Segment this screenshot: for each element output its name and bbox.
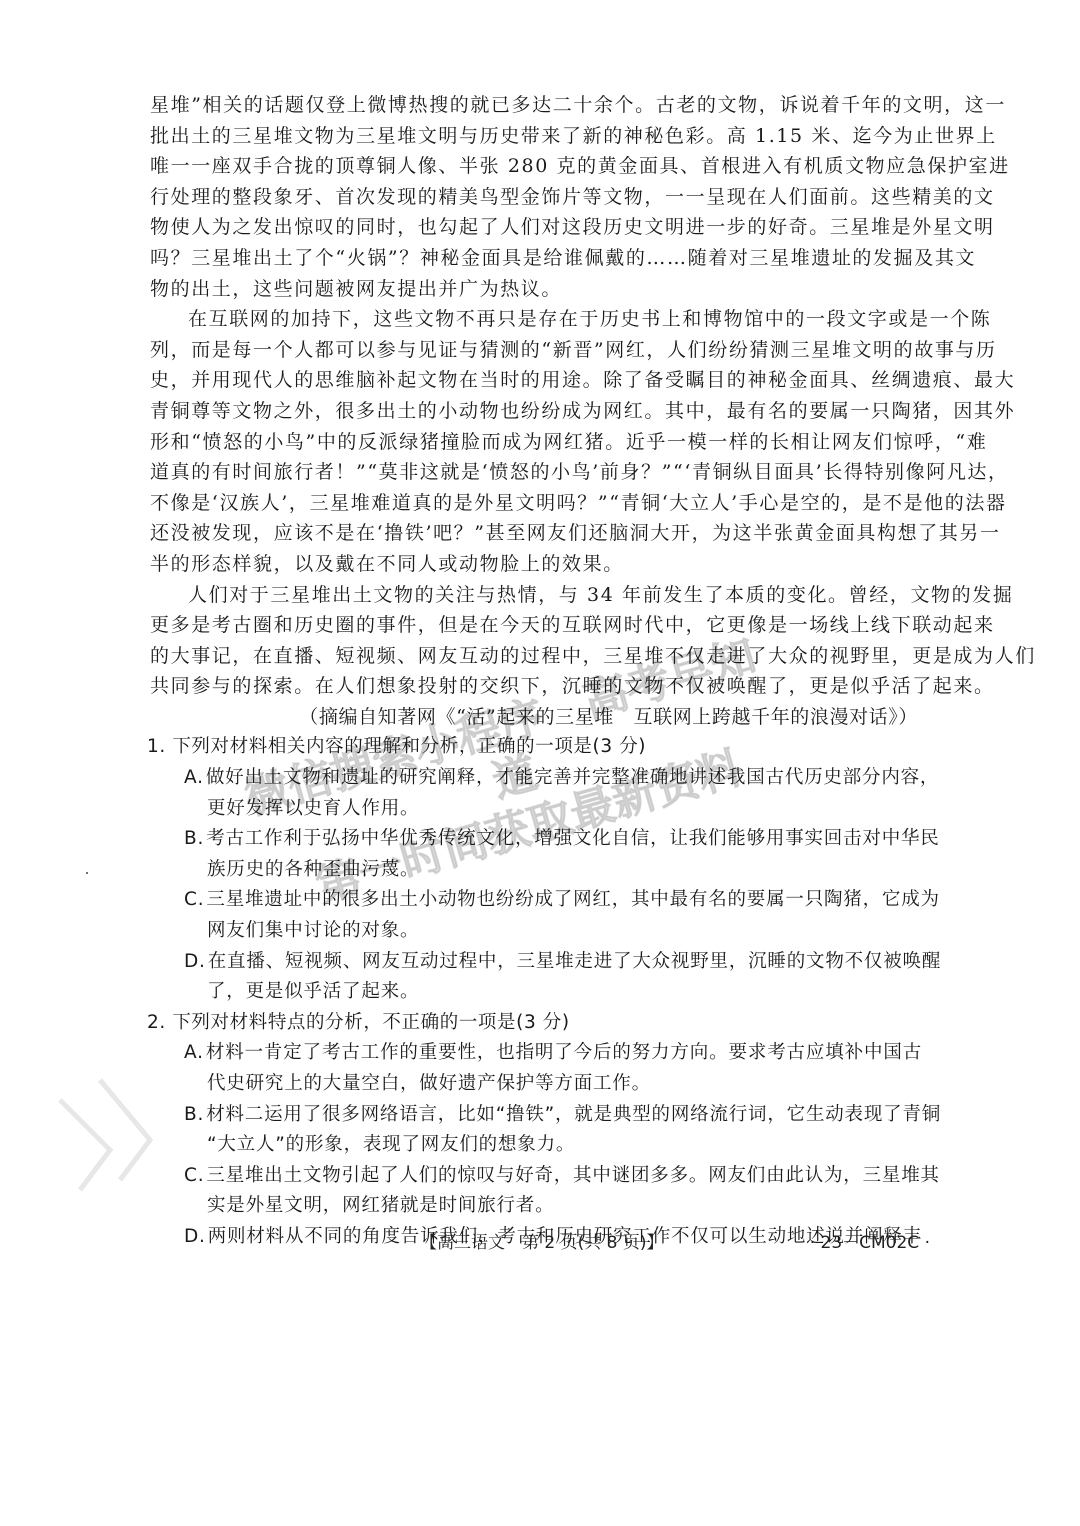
question-stem: 1. 下列对材料相关内容的理解和分析，正确的一项是(3 分) bbox=[147, 732, 922, 763]
text-line: 唯一一座双手合拢的顶尊铜人像、半张 280 克的黄金面具、首根进入有机质文物应急… bbox=[150, 151, 922, 182]
exam-page: 星堆”相关的话题仅登上微博热搜的就已多达二十余个。古老的文物，诉说着千年的文明，… bbox=[150, 90, 922, 1253]
option-b: B.材料二运用了很多网络语言，比如“撸铁”，就是典型的网络流行词，它生动表现了青… bbox=[150, 1100, 922, 1161]
text-line: 星堆”相关的话题仅登上微博热搜的就已多达二十余个。古老的文物，诉说着千年的文明，… bbox=[150, 90, 922, 121]
option-b: B.考古工作利于弘扬中华优秀传统文化，增强文化自信，让我们能够用事实回击对中华民… bbox=[150, 824, 922, 885]
text-line: 的大事记，在直播、短视频、网友互动的过程中，三星堆不仅走进了大众的视野里，更是成… bbox=[150, 641, 922, 672]
question-stem: 2. 下列对材料特点的分析，不正确的一项是(3 分) bbox=[147, 1008, 922, 1039]
exam-code: · 23－CM02C · bbox=[810, 1228, 930, 1253]
source-citation: （摘编自知著网《“活”起来的三星堆 互联网上跨越千年的浪漫对话》） bbox=[150, 702, 922, 733]
option-text: 三星堆遗址中的很多出土小动物也纷纷成了网红，其中最有名的要属一只陶猪，它成为 bbox=[206, 889, 939, 910]
text-line: 在互联网的加持下，这些文物不再只是存在于历史书上和博物馆中的一段文字或是一个陈 bbox=[150, 304, 922, 335]
text-line: 物的出土，这些问题被网友提出并广为热议。 bbox=[150, 274, 922, 305]
text-line: 道真的有时间旅行者！”“莫非这就是‘愤怒的小鸟’前身？”“‘青铜纵目面具’长得特… bbox=[150, 457, 922, 488]
option-line: D.在直播、短视频、网友互动过程中，三星堆走进了大众视野里，沉睡的文物不仅被唤醒 bbox=[150, 947, 922, 978]
passage: 星堆”相关的话题仅登上微博热搜的就已多达二十余个。古老的文物，诉说着千年的文明，… bbox=[150, 90, 922, 732]
option-c: C.三星堆出土文物引起了人们的惊叹与好奇，其中谜团多多。网友们由此认为，三星堆其… bbox=[150, 1161, 922, 1222]
option-line: 实是外星文明，网红猪就是时间旅行者。 bbox=[150, 1191, 922, 1222]
text-line: 共同参与的探索。在人们想象投射的交织下，沉睡的文物不仅被唤醒了，更是似乎活了起来… bbox=[150, 671, 922, 702]
option-tag: D. bbox=[184, 1226, 206, 1247]
option-text: 考古工作利于弘扬中华优秀传统文化，增强文化自信，让我们能够用事实回击对中华民 bbox=[206, 828, 939, 849]
question-2: 2. 下列对材料特点的分析，不正确的一项是(3 分) A.材料一肯定了考古工作的… bbox=[150, 1008, 922, 1253]
option-line: 了，更是似乎活了起来。 bbox=[150, 977, 922, 1008]
stray-dot bbox=[86, 872, 88, 874]
text-line: 列，而是每一个人都可以参与见证与猜测的“新晋”网红，人们纷纷猜测三星堆文明的故事… bbox=[150, 335, 922, 366]
option-c: C.三星堆遗址中的很多出土小动物也纷纷成了网红，其中最有名的要属一只陶猪，它成为… bbox=[150, 885, 922, 946]
question-1: 1. 下列对材料相关内容的理解和分析，正确的一项是(3 分) A.做好出土文物和… bbox=[150, 732, 922, 1007]
text-line: 形和“愤怒的小鸟”中的反派绿猪撞脸而成为网红猪。近乎一模一样的长相让网友们惊呼，… bbox=[150, 427, 922, 458]
option-line: 更好发挥以史育人作用。 bbox=[150, 794, 922, 825]
option-line: 网友们集中讨论的对象。 bbox=[150, 916, 922, 947]
option-line: B.材料二运用了很多网络语言，比如“撸铁”，就是典型的网络流行词，它生动表现了青… bbox=[150, 1100, 922, 1131]
option-text: 做好出土文物和遗址的研究阐释，才能完善并完整准确地讲述我国古代历史部分内容， bbox=[206, 767, 939, 788]
option-line: 代史研究上的大量空白，做好遗产保护等方面工作。 bbox=[150, 1069, 922, 1100]
option-line: 族历史的各种歪曲污蔑。 bbox=[150, 855, 922, 886]
option-tag: D. bbox=[184, 951, 206, 972]
option-text: 材料二运用了很多网络语言，比如“撸铁”，就是典型的网络流行词，它生动表现了青铜 bbox=[206, 1104, 941, 1125]
page-footer: 【高三语文 第 2 页(共 8 页)】 · 23－CM02C · bbox=[420, 1228, 930, 1253]
text-line: 半的形态样貌，以及戴在不同人或动物脸上的效果。 bbox=[150, 549, 922, 580]
questions: 1. 下列对材料相关内容的理解和分析，正确的一项是(3 分) A.做好出土文物和… bbox=[150, 732, 922, 1252]
paragraph-1: 星堆”相关的话题仅登上微博热搜的就已多达二十余个。古老的文物，诉说着千年的文明，… bbox=[150, 90, 922, 304]
text-line: 人们对于三星堆出土文物的关注与热情，与 34 年前发生了本质的变化。曾经，文物的… bbox=[150, 580, 922, 611]
text-line: 不像是‘汉族人’，三星堆难道真的是外星文明吗？”“青铜‘大立人’手心是空的，是不… bbox=[150, 488, 922, 519]
option-text: 三星堆出土文物引起了人们的惊叹与好奇，其中谜团多多。网友们由此认为，三星堆其 bbox=[206, 1165, 939, 1186]
text-line: 批出土的三星堆文物为三星堆文明与历史带来了新的神秘色彩。高 1.15 米、迄今为… bbox=[150, 121, 922, 152]
option-d: D.在直播、短视频、网友互动过程中，三星堆走进了大众视野里，沉睡的文物不仅被唤醒… bbox=[150, 947, 922, 1008]
option-line: B.考古工作利于弘扬中华优秀传统文化，增强文化自信，让我们能够用事实回击对中华民 bbox=[150, 824, 922, 855]
option-line: C.三星堆出土文物引起了人们的惊叹与好奇，其中谜团多多。网友们由此认为，三星堆其 bbox=[150, 1161, 922, 1192]
option-tag: C. bbox=[184, 889, 204, 910]
option-line: A.做好出土文物和遗址的研究阐释，才能完善并完整准确地讲述我国古代历史部分内容， bbox=[150, 763, 922, 794]
option-tag: C. bbox=[184, 1165, 204, 1186]
text-line: 物使人为之发出惊叹的同时，也勾起了人们对这段历史文明进一步的好奇。三星堆是外星文… bbox=[150, 212, 922, 243]
text-line: 吗？三星堆出土了个“火锅”？神秘金面具是给谁佩戴的……随着对三星堆遗址的发掘及其… bbox=[150, 243, 922, 274]
paragraph-3: 人们对于三星堆出土文物的关注与热情，与 34 年前发生了本质的变化。曾经，文物的… bbox=[150, 580, 922, 702]
option-a: A.做好出土文物和遗址的研究阐释，才能完善并完整准确地讲述我国古代历史部分内容，… bbox=[150, 763, 922, 824]
text-line: 行处理的整段象牙、首次发现的精美鸟型金饰片等文物，一一呈现在人们面前。这些精美的… bbox=[150, 182, 922, 213]
page-info: 【高三语文 第 2 页(共 8 页)】 bbox=[420, 1228, 664, 1253]
text-line: 青铜尊等文物之外，很多出土的小动物也纷纷成为网红。其中，最有名的要属一只陶猪，因… bbox=[150, 396, 922, 427]
option-line: A.材料一肯定了考古工作的重要性，也指明了今后的努力方向。要求考古应填补中国古 bbox=[150, 1038, 922, 1069]
option-tag: B. bbox=[184, 828, 204, 849]
option-text: 材料一肯定了考古工作的重要性，也指明了今后的努力方向。要求考古应填补中国古 bbox=[206, 1042, 922, 1063]
option-text: 在直播、短视频、网友互动过程中，三星堆走进了大众视野里，沉睡的文物不仅被唤醒 bbox=[208, 951, 941, 972]
option-a: A.材料一肯定了考古工作的重要性，也指明了今后的努力方向。要求考古应填补中国古 … bbox=[150, 1038, 922, 1099]
paragraph-2: 在互联网的加持下，这些文物不再只是存在于历史书上和博物馆中的一段文字或是一个陈 … bbox=[150, 304, 922, 579]
text-line: 还没被发现，应该不是在‘撸铁’吧？”甚至网友们还脑洞大开，为这半张黄金面具构想了… bbox=[150, 518, 922, 549]
option-tag: A. bbox=[184, 1042, 204, 1063]
option-tag: A. bbox=[184, 767, 204, 788]
option-line: “大立人”的形象，表现了网友们的想象力。 bbox=[150, 1130, 922, 1161]
option-line: C.三星堆遗址中的很多出土小动物也纷纷成了网红，其中最有名的要属一只陶猪，它成为 bbox=[150, 885, 922, 916]
text-line: 更多是考古圈和历史圈的事件，但是在今天的互联网时代中，它更像是一场线上线下联动起… bbox=[150, 610, 922, 641]
option-tag: B. bbox=[184, 1104, 204, 1125]
text-line: 史，并用现代人的思维脑补起文物在当时的用途。除了备受瞩目的神秘金面具、丝绸遗痕、… bbox=[150, 365, 922, 396]
